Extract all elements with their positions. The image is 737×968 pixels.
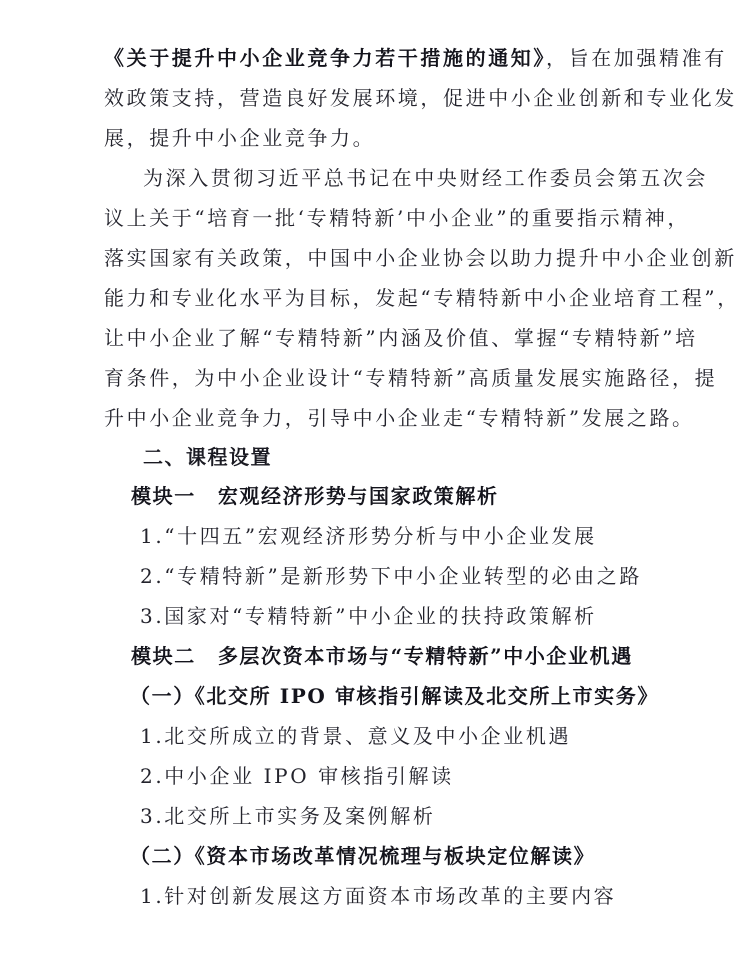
paragraph-2-line-6: 育条件，为中小企业设计“专精特新”高质量发展实施路径，提 [104, 366, 717, 390]
paragraph-1-line-3: 展，提升中小企业竞争力。 [104, 126, 375, 150]
module-1-item-3: 3.国家对“专精特新”中小企业的扶持政策解析 [140, 604, 597, 628]
module-2-label: 模块二 [131, 644, 196, 668]
module-2-sub-1-item-2: 2.中小企业 IPO 审核指引解读 [140, 764, 454, 788]
module-2-sub-2-item-1: 1.针对创新发展这方面资本市场改革的主要内容 [140, 884, 616, 908]
document-page: 《关于提升中小企业竞争力若干措施的通知》，旨在加强精准有 效政策支持，营造良好发… [0, 0, 737, 968]
paragraph-2-line-4: 能力和专业化水平为目标，发起“专精特新中小企业培育工程”， [104, 286, 737, 310]
module-2-sub-2-title: （二）《资本市场改革情况梳理与板块定位解读》 [130, 844, 595, 868]
module-1-label: 模块一 [131, 484, 196, 508]
notice-title: 《关于提升中小企业竞争力若干措施的通知》 [104, 46, 546, 70]
paragraph-2-line-5: 让中小企业了解“专精特新”内涵及价值、掌握“专精特新”培 [104, 326, 698, 350]
paragraph-2-line-7: 升中小企业竞争力，引导中小企业走“专精特新”发展之路。 [104, 406, 695, 430]
module-2-sub-1-item-1: 1.北交所成立的背景、意义及中小企业机遇 [140, 724, 571, 748]
paragraph-1-line-1-rest: ，旨在加强精准有 [546, 46, 727, 70]
module-1-item-1: 1.“十四五”宏观经济形势分析与中小企业发展 [140, 524, 597, 548]
paragraph-2-line-2: 议上关于“培育一批‘专精特新’中小企业”的重要指示精神， [104, 206, 690, 230]
module-1-heading: 模块一宏观经济形势与国家政策解析 [131, 484, 499, 508]
module-1-title: 宏观经济形势与国家政策解析 [218, 484, 499, 508]
module-2-title: 多层次资本市场与“专精特新”中小企业机遇 [218, 644, 633, 668]
section-heading: 二、课程设置 [143, 445, 272, 469]
paragraph-1-line-2: 效政策支持，营造良好发展环境，促进中小企业创新和专业化发 [104, 86, 737, 110]
paragraph-2-line-1: 为深入贯彻习近平总书记在中央财经工作委员会第五次会 [143, 166, 708, 190]
module-1-item-2: 2.“专精特新”是新形势下中小企业转型的必由之路 [140, 564, 642, 588]
module-2-heading: 模块二多层次资本市场与“专精特新”中小企业机遇 [131, 644, 633, 668]
module-2-sub-1-title: （一）《北交所 IPO 审核指引解读及北交所上市实务》 [130, 684, 659, 708]
module-2-sub-1-item-3: 3.北交所上市实务及案例解析 [140, 804, 435, 828]
paragraph-2-line-3: 落实国家有关政策，中国中小企业协会以助力提升中小企业创新 [104, 246, 737, 270]
paragraph-1-line-1: 《关于提升中小企业竞争力若干措施的通知》，旨在加强精准有 [104, 46, 727, 70]
